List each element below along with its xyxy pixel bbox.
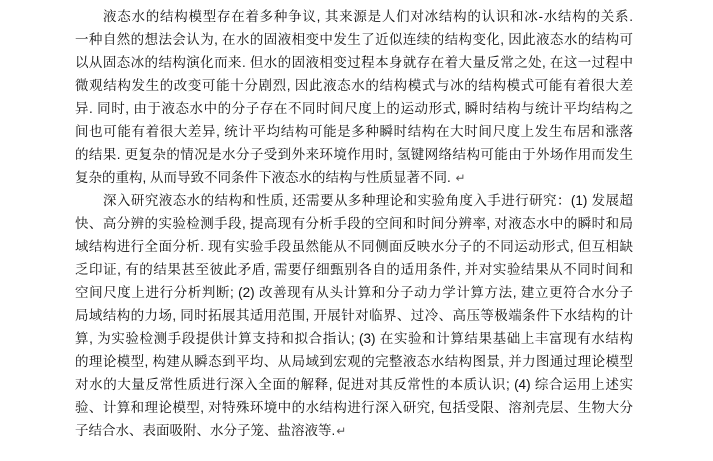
text-line: 空间尺度上进行分析判断; (2) 改善现有从头计算和分子动力学计算方法, 建立更… <box>75 281 633 304</box>
text-line: 一种自然的想法会认为, 在水的固液相变中发生了近似连续的结构变化, 因此液态水的… <box>75 28 633 51</box>
paragraph-mark: ↵ <box>335 424 346 438</box>
text-line: 微观结构发生的改变可能十分剧烈, 因此液态水的结构模式与冰的结构模式可能有着很大… <box>75 74 633 97</box>
text-line: 乏印证, 有的结果甚至彼此矛盾, 需要仔细甄别各自的适用条件, 并对实验结果从不… <box>75 258 633 281</box>
text-line: 间也可能有着很大差异, 统计平均结构可能是多种瞬时结构在大时间尺度上发生布居和涨… <box>75 120 633 143</box>
paragraph: 液态水的结构模型存在着多种争议, 其来源是人们对冰结构的认识和冰-水结构的关系.… <box>75 5 713 189</box>
text-line: 液态水的结构模型存在着多种争议, 其来源是人们对冰结构的认识和冰-水结构的关系. <box>75 5 633 28</box>
text-line: 深入研究液态水的结构和性质, 还需要从多种理论和实验角度入手进行研究：(1) 发… <box>75 189 633 212</box>
text-line: 复杂的重构, 从而导致不同条件下液态水的结构与性质显著不同. ↵ <box>75 166 633 189</box>
text-line: 算, 为实验检测手段提供计算支持和拟合指认; (3) 在实验和计算结果基础上丰富… <box>75 327 633 350</box>
document-page: 液态水的结构模型存在着多种争议, 其来源是人们对冰结构的认识和冰-水结构的关系.… <box>0 0 713 461</box>
text-line: 局域结构的力场, 同时拓展其适用范围, 开展针对临界、过冷、高压等极端条件下水结… <box>75 304 633 327</box>
text-line: 以从固态冰的结构演化而来. 但水的固液相变过程本身就存在着大量反常之处, 在这一… <box>75 51 633 74</box>
text-line: 子结合水、表面吸附、水分子笼、盐溶液等.↵ <box>75 419 633 442</box>
text-line: 域结构进行全面分析. 现有实验手段虽然能从不同侧面反映水分子的不同运动形式, 但… <box>75 235 633 258</box>
paragraph-mark: ↵ <box>455 171 466 185</box>
text-line: 对水的大量反常性质进行深入全面的解释, 促进对其反常性的本质认识; (4) 综合… <box>75 373 633 396</box>
paragraph: 深入研究液态水的结构和性质, 还需要从多种理论和实验角度入手进行研究：(1) 发… <box>75 189 713 442</box>
text-line: 异. 同时, 由于液态水中的分子存在不同时间尺度上的运动形式, 瞬时结构与统计平… <box>75 97 633 120</box>
text-line: 的结果. 更复杂的情况是水分子受到外来环境作用时, 氢键网络结构可能由于外场作用… <box>75 143 633 166</box>
text-line: 的理论模型, 构建从瞬态到平均、从局域到宏观的完整液态水结构图景, 并力图通过理… <box>75 350 633 373</box>
text-line: 验、计算和理论模型, 对特殊环境中的水结构进行深入研究, 包括受限、溶剂壳层、生… <box>75 396 633 419</box>
text-line: 快、高分辨的实验检测手段, 提高现有分析手段的空间和时间分辨率, 对液态水中的瞬… <box>75 212 633 235</box>
